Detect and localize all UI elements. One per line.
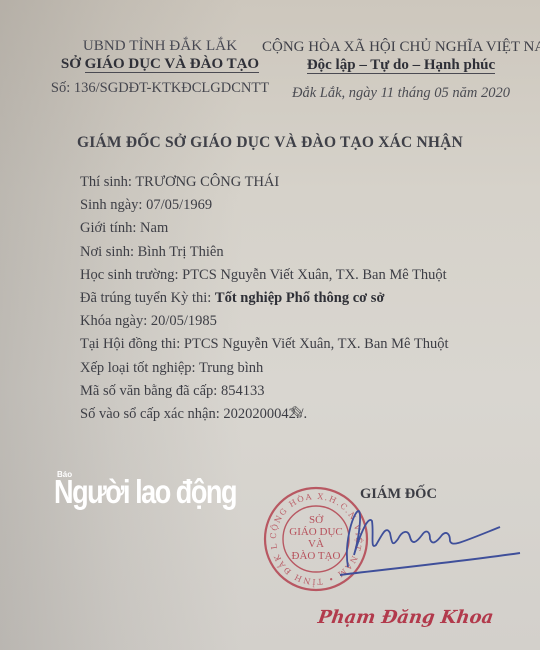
field-value: Tốt nghiệp Phổ thông cơ sở bbox=[215, 290, 385, 306]
field-label: Học sinh trường: bbox=[80, 267, 182, 283]
field-label: Khóa ngày: bbox=[80, 313, 151, 329]
field-value: Nam bbox=[140, 220, 168, 236]
certificate-field: Mã số văn bằng đã cấp: 854133 bbox=[80, 383, 264, 400]
signer-role: GIÁM ĐỐC bbox=[360, 486, 437, 503]
field-value: 07/05/1969 bbox=[146, 197, 212, 213]
certificate-field: Tại Hội đồng thi: PTCS Nguyễn Viết Xuân,… bbox=[80, 336, 448, 353]
svg-text:SỞ: SỞ bbox=[309, 514, 324, 526]
field-label: Xếp loại tốt nghiệp: bbox=[80, 360, 199, 376]
svg-text:VÀ: VÀ bbox=[308, 538, 324, 550]
certificate-field: Số vào sổ cấp xác nhận: 2020200042./. bbox=[80, 406, 307, 423]
field-value: 20/05/1985 bbox=[151, 313, 217, 329]
field-value: PTCS Nguyễn Viết Xuân, TX. Ban Mê Thuột bbox=[184, 336, 449, 352]
field-label: Mã số văn bằng đã cấp: bbox=[80, 383, 221, 399]
field-value: Trung bình bbox=[199, 360, 263, 376]
certificate-field: Nơi sinh: Bình Trị Thiên bbox=[80, 244, 224, 261]
document-title: GIÁM ĐỐC SỞ GIÁO DỤC VÀ ĐÀO TẠO XÁC NHẬN bbox=[0, 134, 540, 152]
nation-name: CỘNG HÒA XÃ HỘI CHỦ NGHĨA VIỆT NAM bbox=[262, 39, 540, 56]
department-name: SỞ GIÁO DỤC VÀ ĐÀO TẠO bbox=[50, 56, 270, 73]
watermark-logo: Báo Người lao động bbox=[54, 470, 276, 511]
certificate-field: Sinh ngày: 07/05/1969 bbox=[80, 197, 212, 214]
field-label: Số vào sổ cấp xác nhận: bbox=[80, 406, 223, 422]
field-value: PTCS Nguyễn Viết Xuân, TX. Ban Mê Thuột bbox=[182, 267, 447, 283]
field-value: Bình Trị Thiên bbox=[138, 244, 224, 260]
document-number: Số: 136/SGDĐT-KTKĐCLGDCNTT bbox=[50, 80, 270, 97]
signer-name: Phạm Đăng Khoa bbox=[317, 607, 495, 628]
certificate-field: Đã trúng tuyển Kỳ thi: Tốt nghiệp Phổ th… bbox=[80, 290, 384, 307]
place-date: Đắk Lắk, ngày 11 tháng 05 năm 2020 bbox=[262, 85, 540, 102]
handwritten-signature bbox=[330, 505, 530, 585]
field-label: Nơi sinh: bbox=[80, 244, 138, 260]
header-left: UBND TỈNH ĐẮK LẮK SỞ GIÁO DỤC VÀ ĐÀO TẠO… bbox=[50, 38, 270, 97]
field-label: Giới tính: bbox=[80, 220, 140, 236]
header-right: CỘNG HÒA XÃ HỘI CHỦ NGHĨA VIỆT NAM Độc l… bbox=[262, 38, 540, 102]
field-value: TRƯƠNG CÔNG THÁI bbox=[135, 174, 279, 190]
certificate-field: Xếp loại tốt nghiệp: Trung bình bbox=[80, 360, 263, 377]
field-label: Đã trúng tuyển Kỳ thi: bbox=[80, 290, 215, 306]
field-label: Tại Hội đồng thi: bbox=[80, 336, 184, 352]
watermark-title: Người lao động bbox=[54, 473, 236, 511]
certificate-field: Thí sinh: TRƯƠNG CÔNG THÁI bbox=[80, 174, 279, 191]
field-value: 854133 bbox=[221, 383, 265, 399]
certificate-field: Khóa ngày: 20/05/1985 bbox=[80, 313, 217, 330]
national-motto: Độc lập – Tự do – Hạnh phúc bbox=[262, 57, 540, 74]
authority-name: UBND TỈNH ĐẮK LẮK bbox=[50, 38, 270, 55]
certificate-field: Giới tính: Nam bbox=[80, 220, 168, 237]
field-label: Sinh ngày: bbox=[80, 197, 146, 213]
certificate-field: Học sinh trường: PTCS Nguyễn Viết Xuân, … bbox=[80, 267, 447, 284]
field-label: Thí sinh: bbox=[80, 174, 135, 190]
